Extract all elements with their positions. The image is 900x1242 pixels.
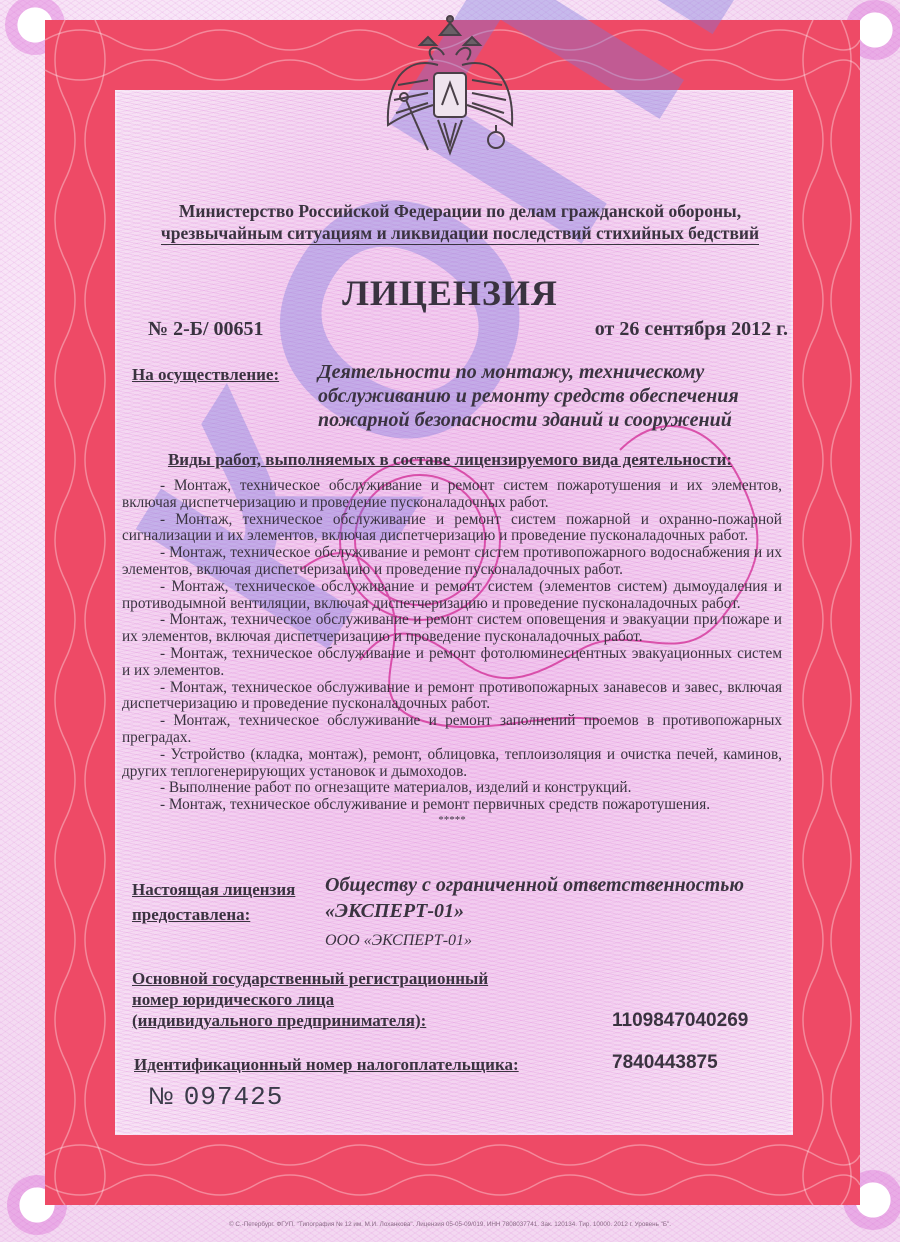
ogrn-value: 1109847040269 <box>612 1010 748 1032</box>
ogrn-label: Основной государственный регистрационный… <box>132 968 488 1031</box>
works-item: - Монтаж, техническое обслуживание и рем… <box>122 680 782 714</box>
works-item: - Монтаж, техническое обслуживание и рем… <box>122 797 782 814</box>
works-item: - Монтаж, техническое обслуживание и рем… <box>122 713 782 747</box>
coat-of-arms-icon <box>378 5 523 157</box>
license-date: от 26 сентября 2012 г. <box>595 318 788 341</box>
ministry-header: Министерство Российской Федерации по дел… <box>140 200 780 245</box>
works-item: - Выполнение работ по огнезащите материа… <box>122 780 782 797</box>
activity-label: На осуществление: <box>132 365 279 385</box>
license-number: № 2-Б/ 00651 <box>148 318 264 341</box>
works-list: - Монтаж, техническое обслуживание и рем… <box>122 478 782 826</box>
ministry-line-1: Министерство Российской Федерации по дел… <box>140 200 780 222</box>
document-title: ЛИЦЕНЗИЯ <box>0 272 900 314</box>
works-item: - Монтаж, техническое обслуживание и рем… <box>122 512 782 546</box>
blank-serial-number: №097425 <box>148 1082 283 1112</box>
licensee-short-name: ООО «ЭКСПЕРТ-01» <box>325 932 472 950</box>
separator: ***** <box>122 814 782 826</box>
works-item: - Монтаж, техническое обслуживание и рем… <box>122 646 782 680</box>
works-item: - Монтаж, техническое обслуживание и рем… <box>122 545 782 579</box>
licensee-name: Обществу с ограниченной ответственностью… <box>325 872 744 924</box>
granted-label: Настоящая лицензия предоставлена: <box>132 877 295 927</box>
works-item: - Монтаж, техническое обслуживание и рем… <box>122 612 782 646</box>
ministry-line-2: чрезвычайным ситуациям и ликвидации посл… <box>161 222 759 245</box>
inn-value: 7840443875 <box>612 1052 718 1074</box>
works-item: - Монтаж, техническое обслуживание и рем… <box>122 478 782 512</box>
activity-description: Деятельности по монтажу, техническому об… <box>318 360 788 432</box>
works-heading: Виды работ, выполняемых в составе лиценз… <box>0 450 900 470</box>
works-item: - Устройство (кладка, монтаж), ремонт, о… <box>122 747 782 781</box>
printer-imprint: © С.-Петербург. ФГУП. "Типография № 12 и… <box>0 1221 900 1228</box>
works-item: - Монтаж, техническое обслуживание и рем… <box>122 579 782 613</box>
inn-label: Идентификационный номер налогоплательщик… <box>134 1055 519 1075</box>
